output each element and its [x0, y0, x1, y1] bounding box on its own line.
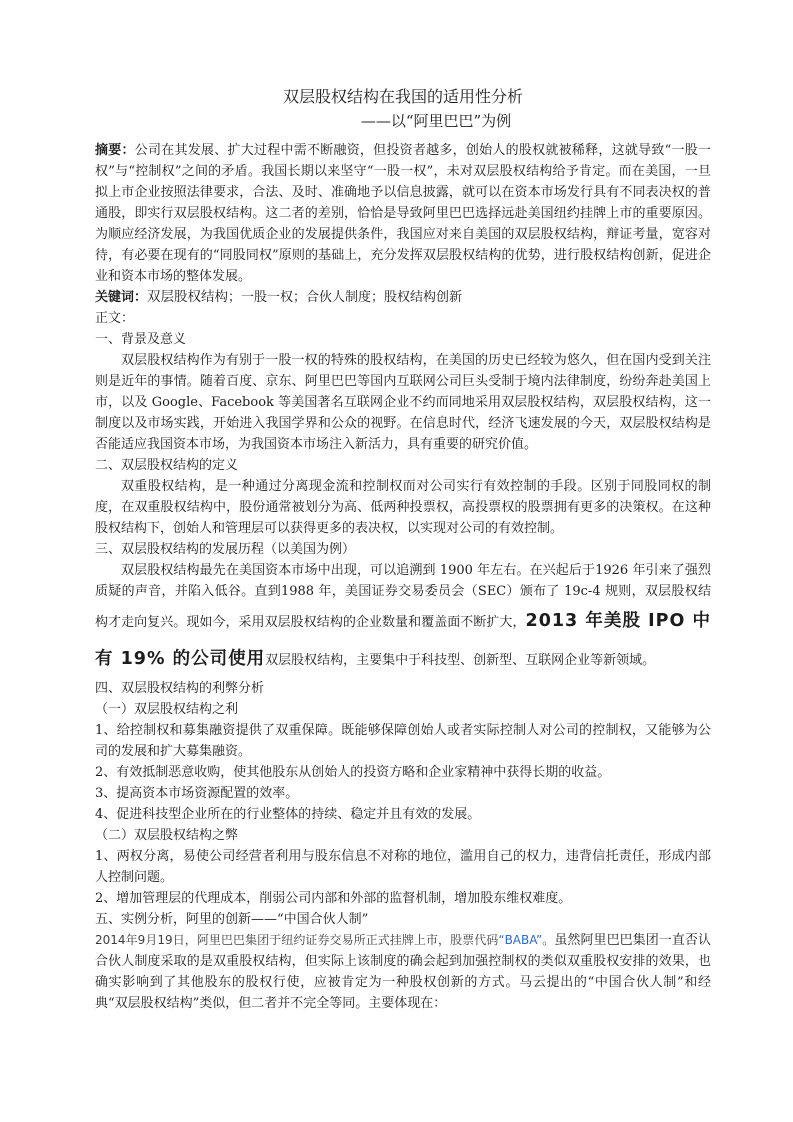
keywords-line: 关键词：双层股权结构；一股一权；合伙人制度；股权结构创新 — [95, 287, 711, 308]
section-5-web-intro: 2014年9月19日，阿里巴巴集团于纽约证券交易所正式挂牌上市，股票代码 — [95, 933, 498, 947]
section-3-paragraph: 双层股权结构最先在美国资本市场中出现，可以追溯到 1900 年左右。在兴起后于1… — [95, 560, 711, 678]
body-label: 正文： — [95, 308, 711, 329]
document-page: 双层股权结构在我国的适用性分析 ——以“阿里巴巴”为例 摘要：公司在其发展、扩大… — [0, 0, 793, 1122]
page-title: 双层股权结构在我国的适用性分析 — [95, 86, 711, 108]
section-1-paragraph: 双层股权结构作为有别于一股一权的特殊的股权结构，在美国的历史已经较为悠久，但在国… — [95, 350, 711, 455]
section-4-cons-heading: （二）双层股权结构之弊 — [95, 825, 711, 846]
section-1-heading: 一、背景及意义 — [95, 329, 711, 350]
section-4-con-item: 2、增加管理层的代理成本，削弱公司内部和外部的监督机制，增加股东维权难度。 — [95, 888, 711, 909]
keywords-first: 双层股权结构 — [147, 289, 228, 305]
section-4-pro-item: 1、给控制权和募集融资提供了双重保障。既能够保障创始人或者实际控制人对公司的控制… — [95, 720, 711, 762]
section-3-text-end: 双层股权结构，主要集中于科技型、创新型、互联网企业等新领域。 — [265, 653, 655, 668]
section-4-con-item: 1、两权分离，易使公司经营者利用与股东信息不对称的地位，滥用自己的权力，违背信托… — [95, 846, 711, 888]
section-4-pros-heading: （一）双层股权结构之利 — [95, 699, 711, 720]
abstract-paragraph: 摘要：公司在其发展、扩大过程中需不断融资，但投资者越多，创始人的股权就被稀释，这… — [95, 140, 711, 287]
section-4-heading: 四、双层股权结构的利弊分析 — [95, 678, 711, 699]
section-4-pro-item: 3、提高资本市场资源配置的效率。 — [95, 783, 711, 804]
abstract-label: 摘要： — [95, 143, 135, 158]
section-5-heading: 五、实例分析，阿里的创新——“中国合伙人制” — [95, 909, 711, 930]
keywords-rest: ；一股一权；合伙人制度；股权结构创新 — [228, 290, 462, 305]
section-4-pro-item: 4、促进科技型企业所在的行业整体的持续、稳定并且有效的发展。 — [95, 804, 711, 825]
section-5-paragraph: 2014年9月19日，阿里巴巴集团于纽约证券交易所正式挂牌上市，股票代码“BAB… — [95, 930, 711, 1014]
keywords-label: 关键词： — [95, 290, 147, 305]
section-5-web-period: 。 — [542, 933, 554, 947]
section-2-heading: 二、双层股权结构的定义 — [95, 455, 711, 476]
baba-ticker-link[interactable]: “BABA” — [498, 933, 542, 947]
page-subtitle: ——以“阿里巴巴”为例 — [95, 110, 711, 132]
section-3-heading: 三、双层股权结构的发展历程（以美国为例） — [95, 539, 711, 560]
section-4-pro-item: 2、有效抵制恶意收购，使其他股东从创始人的投资方略和企业家精神中获得长期的收益。 — [95, 762, 711, 783]
document-content: 双层股权结构在我国的适用性分析 ——以“阿里巴巴”为例 摘要：公司在其发展、扩大… — [0, 0, 793, 1014]
abstract-text: 公司在其发展、扩大过程中需不断融资，但投资者越多，创始人的股权就被稀释，这就导致… — [95, 143, 711, 284]
section-2-paragraph: 双重股权结构，是一种通过分离现金流和控制权而对公司实行有效控制的手段。区别于同股… — [95, 476, 711, 539]
